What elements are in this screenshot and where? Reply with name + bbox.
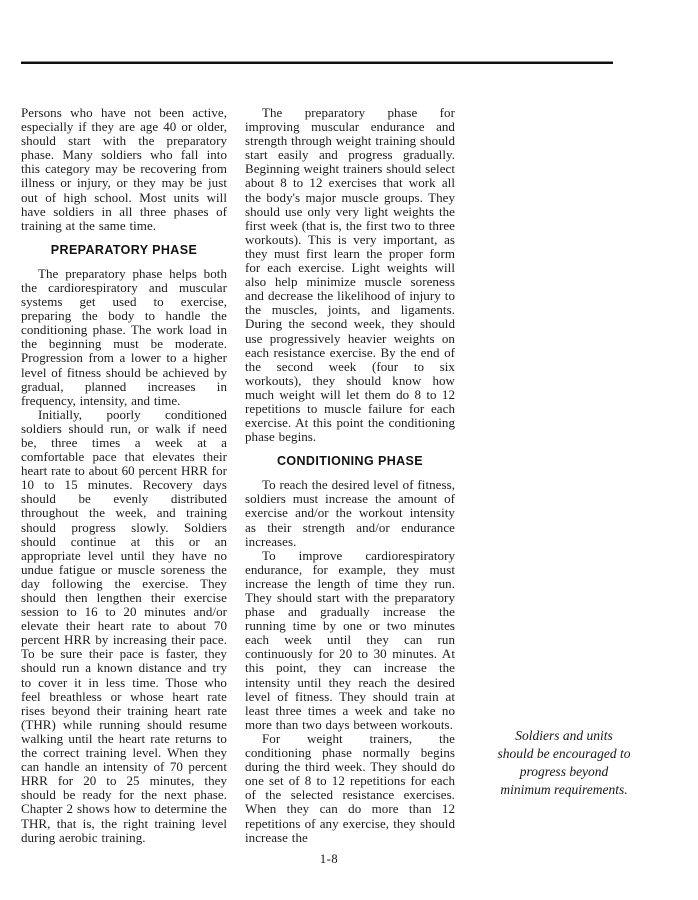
page-number: 1-8: [299, 852, 359, 867]
paragraph: To reach the desired level of fitness, s…: [245, 478, 455, 548]
right-column: The preparatory phase for improving musc…: [245, 106, 455, 845]
paragraph-continuation: Persons who have not been active, especi…: [21, 106, 227, 233]
paragraph: Initially, poorly conditioned soldiers s…: [21, 408, 227, 845]
document-page: Persons who have not been active, especi…: [0, 0, 698, 900]
section-heading-preparatory-phase: PREPARATORY PHASE: [21, 243, 227, 257]
margin-note-line: progress beyond: [468, 763, 660, 781]
margin-note-line: minimum requirements.: [468, 781, 660, 799]
section-heading-conditioning-phase: CONDITIONING PHASE: [245, 454, 455, 468]
header-rule: [21, 61, 613, 64]
margin-note-line: Soldiers and units: [468, 727, 660, 745]
paragraph: To improve cardiorespiratory endurance, …: [245, 549, 455, 732]
paragraph: The preparatory phase helps both the car…: [21, 267, 227, 408]
margin-note-line: should be encouraged to: [468, 745, 660, 763]
left-column: Persons who have not been active, especi…: [21, 106, 227, 845]
paragraph: For weight trainers, the conditioning ph…: [245, 732, 455, 845]
margin-note: Soldiers and units should be encouraged …: [468, 727, 660, 799]
paragraph: The preparatory phase for improving musc…: [245, 106, 455, 444]
